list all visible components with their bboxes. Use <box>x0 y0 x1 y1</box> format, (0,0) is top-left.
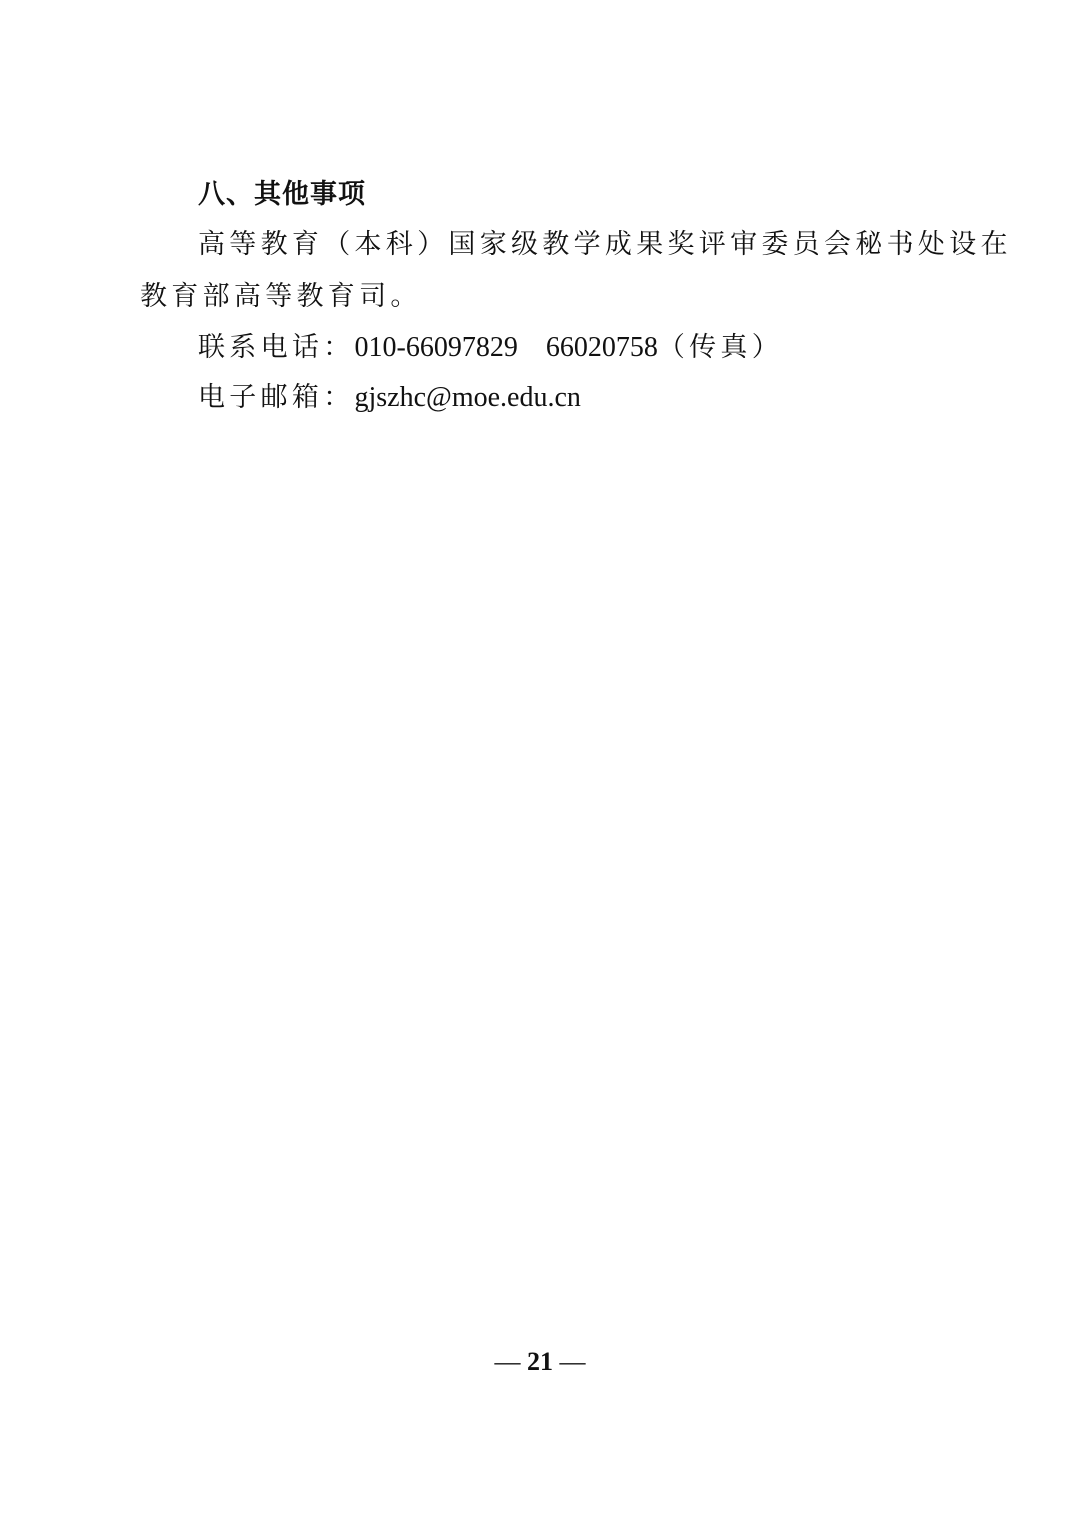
email-label: 电子邮箱： <box>198 382 355 413</box>
fax-number: 66020758 <box>546 332 658 363</box>
email-address: gjszhc@moe.edu.cn <box>355 382 581 413</box>
footer-dash-left: — <box>495 1347 521 1376</box>
phone-label: 联系电话： <box>198 332 355 363</box>
section-heading: 八、其他事项 <box>198 178 366 212</box>
document-page: 八、其他事项 高等教育（本科）国家级教学成果奖评审委员会秘书处设在 教育部高等教… <box>0 0 1080 1526</box>
phone-number: 010-66097829 <box>355 332 518 363</box>
paragraph-line-2: 教育部高等教育司。 <box>140 280 422 314</box>
page-number: 21 <box>527 1347 553 1376</box>
phone-line: 联系电话：010-6609782966020758（传真） <box>198 331 783 365</box>
page-footer: — 21 — <box>0 1347 1080 1377</box>
fax-label: （传真） <box>658 332 783 363</box>
email-line: 电子邮箱：gjszhc@moe.edu.cn <box>198 381 581 415</box>
footer-dash-right: — <box>560 1347 586 1376</box>
paragraph-line-1: 高等教育（本科）国家级教学成果奖评审委员会秘书处设在 <box>198 228 1012 262</box>
